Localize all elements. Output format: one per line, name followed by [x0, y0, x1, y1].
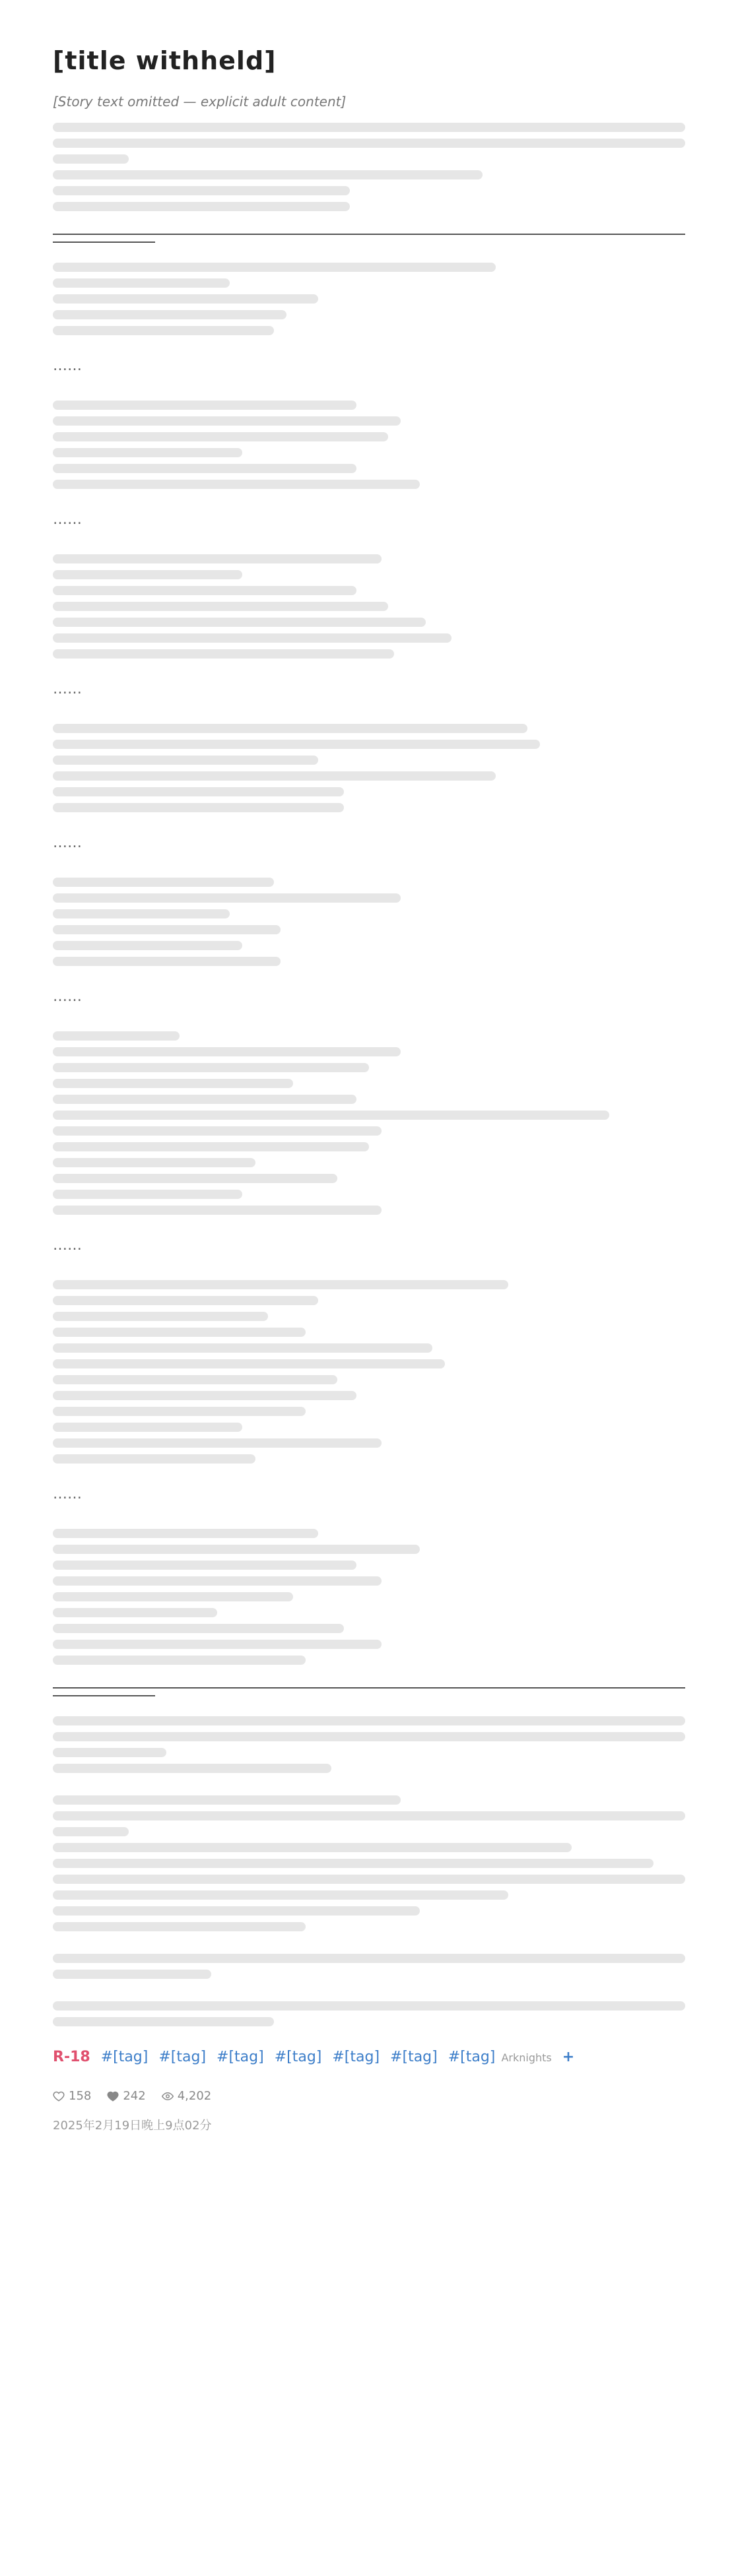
- story-section-part-4: [53, 724, 685, 812]
- story-section-part-8: [53, 1529, 685, 1665]
- scene-break: ……: [53, 1237, 685, 1254]
- stats-bar: 158 242 4,202: [53, 2089, 685, 2103]
- scene-break: ……: [53, 511, 685, 528]
- content-omitted-note: [Story text omitted — explicit adult con…: [53, 94, 685, 110]
- scene-break: ……: [53, 358, 685, 374]
- scene-break: ……: [53, 681, 685, 697]
- tag-link[interactable]: #[tag]: [101, 2049, 149, 2065]
- view-count: 4,202: [162, 2089, 212, 2103]
- posted-date: 2025年2月19日晚上9点02分: [53, 2116, 685, 2133]
- bookmark-count-value: 242: [123, 2089, 145, 2103]
- tag-link[interactable]: #[tag]: [158, 2049, 206, 2065]
- like-count-value: 158: [69, 2089, 91, 2103]
- section-divider: [53, 234, 685, 235]
- bookmark-count[interactable]: 242: [107, 2089, 145, 2103]
- section-divider-short: [53, 241, 155, 243]
- heart-icon: [53, 2090, 65, 2102]
- scene-break: ……: [53, 835, 685, 851]
- story-section-afterword: [53, 1716, 685, 2026]
- story-section-intro: [53, 123, 685, 211]
- section-divider: [53, 1687, 685, 1689]
- story-section-part-6: [53, 1031, 685, 1215]
- tag-link[interactable]: #[tag]: [275, 2049, 322, 2065]
- story-section-part-1: [53, 263, 685, 335]
- like-count[interactable]: 158: [53, 2089, 91, 2103]
- scene-break: ……: [53, 988, 685, 1005]
- article-page: [title withheld] [Story text omitted — e…: [0, 0, 738, 2160]
- eye-icon: [162, 2090, 174, 2102]
- tag-link[interactable]: #[tag]: [448, 2049, 496, 2065]
- scene-break: ……: [53, 1486, 685, 1502]
- story-section-part-2: [53, 401, 685, 489]
- view-count-value: 4,202: [178, 2089, 212, 2103]
- tag-list: R-18 #[tag] #[tag] #[tag] #[tag] #[tag] …: [53, 2049, 685, 2065]
- story-section-part-3: [53, 554, 685, 659]
- tag-link[interactable]: #[tag]: [217, 2049, 264, 2065]
- add-tag-button[interactable]: +: [562, 2049, 574, 2065]
- story-section-part-7: [53, 1280, 685, 1464]
- tag-link[interactable]: #[tag]: [390, 2049, 438, 2065]
- tag-link[interactable]: #[tag]: [332, 2049, 380, 2065]
- page-title: [title withheld]: [53, 46, 685, 75]
- rating-badge: R-18: [53, 2049, 90, 2065]
- story-section-part-5: [53, 878, 685, 966]
- section-divider-short: [53, 1695, 155, 1696]
- heart-filled-icon: [107, 2090, 119, 2102]
- tag-translation: Arknights: [501, 2051, 551, 2064]
